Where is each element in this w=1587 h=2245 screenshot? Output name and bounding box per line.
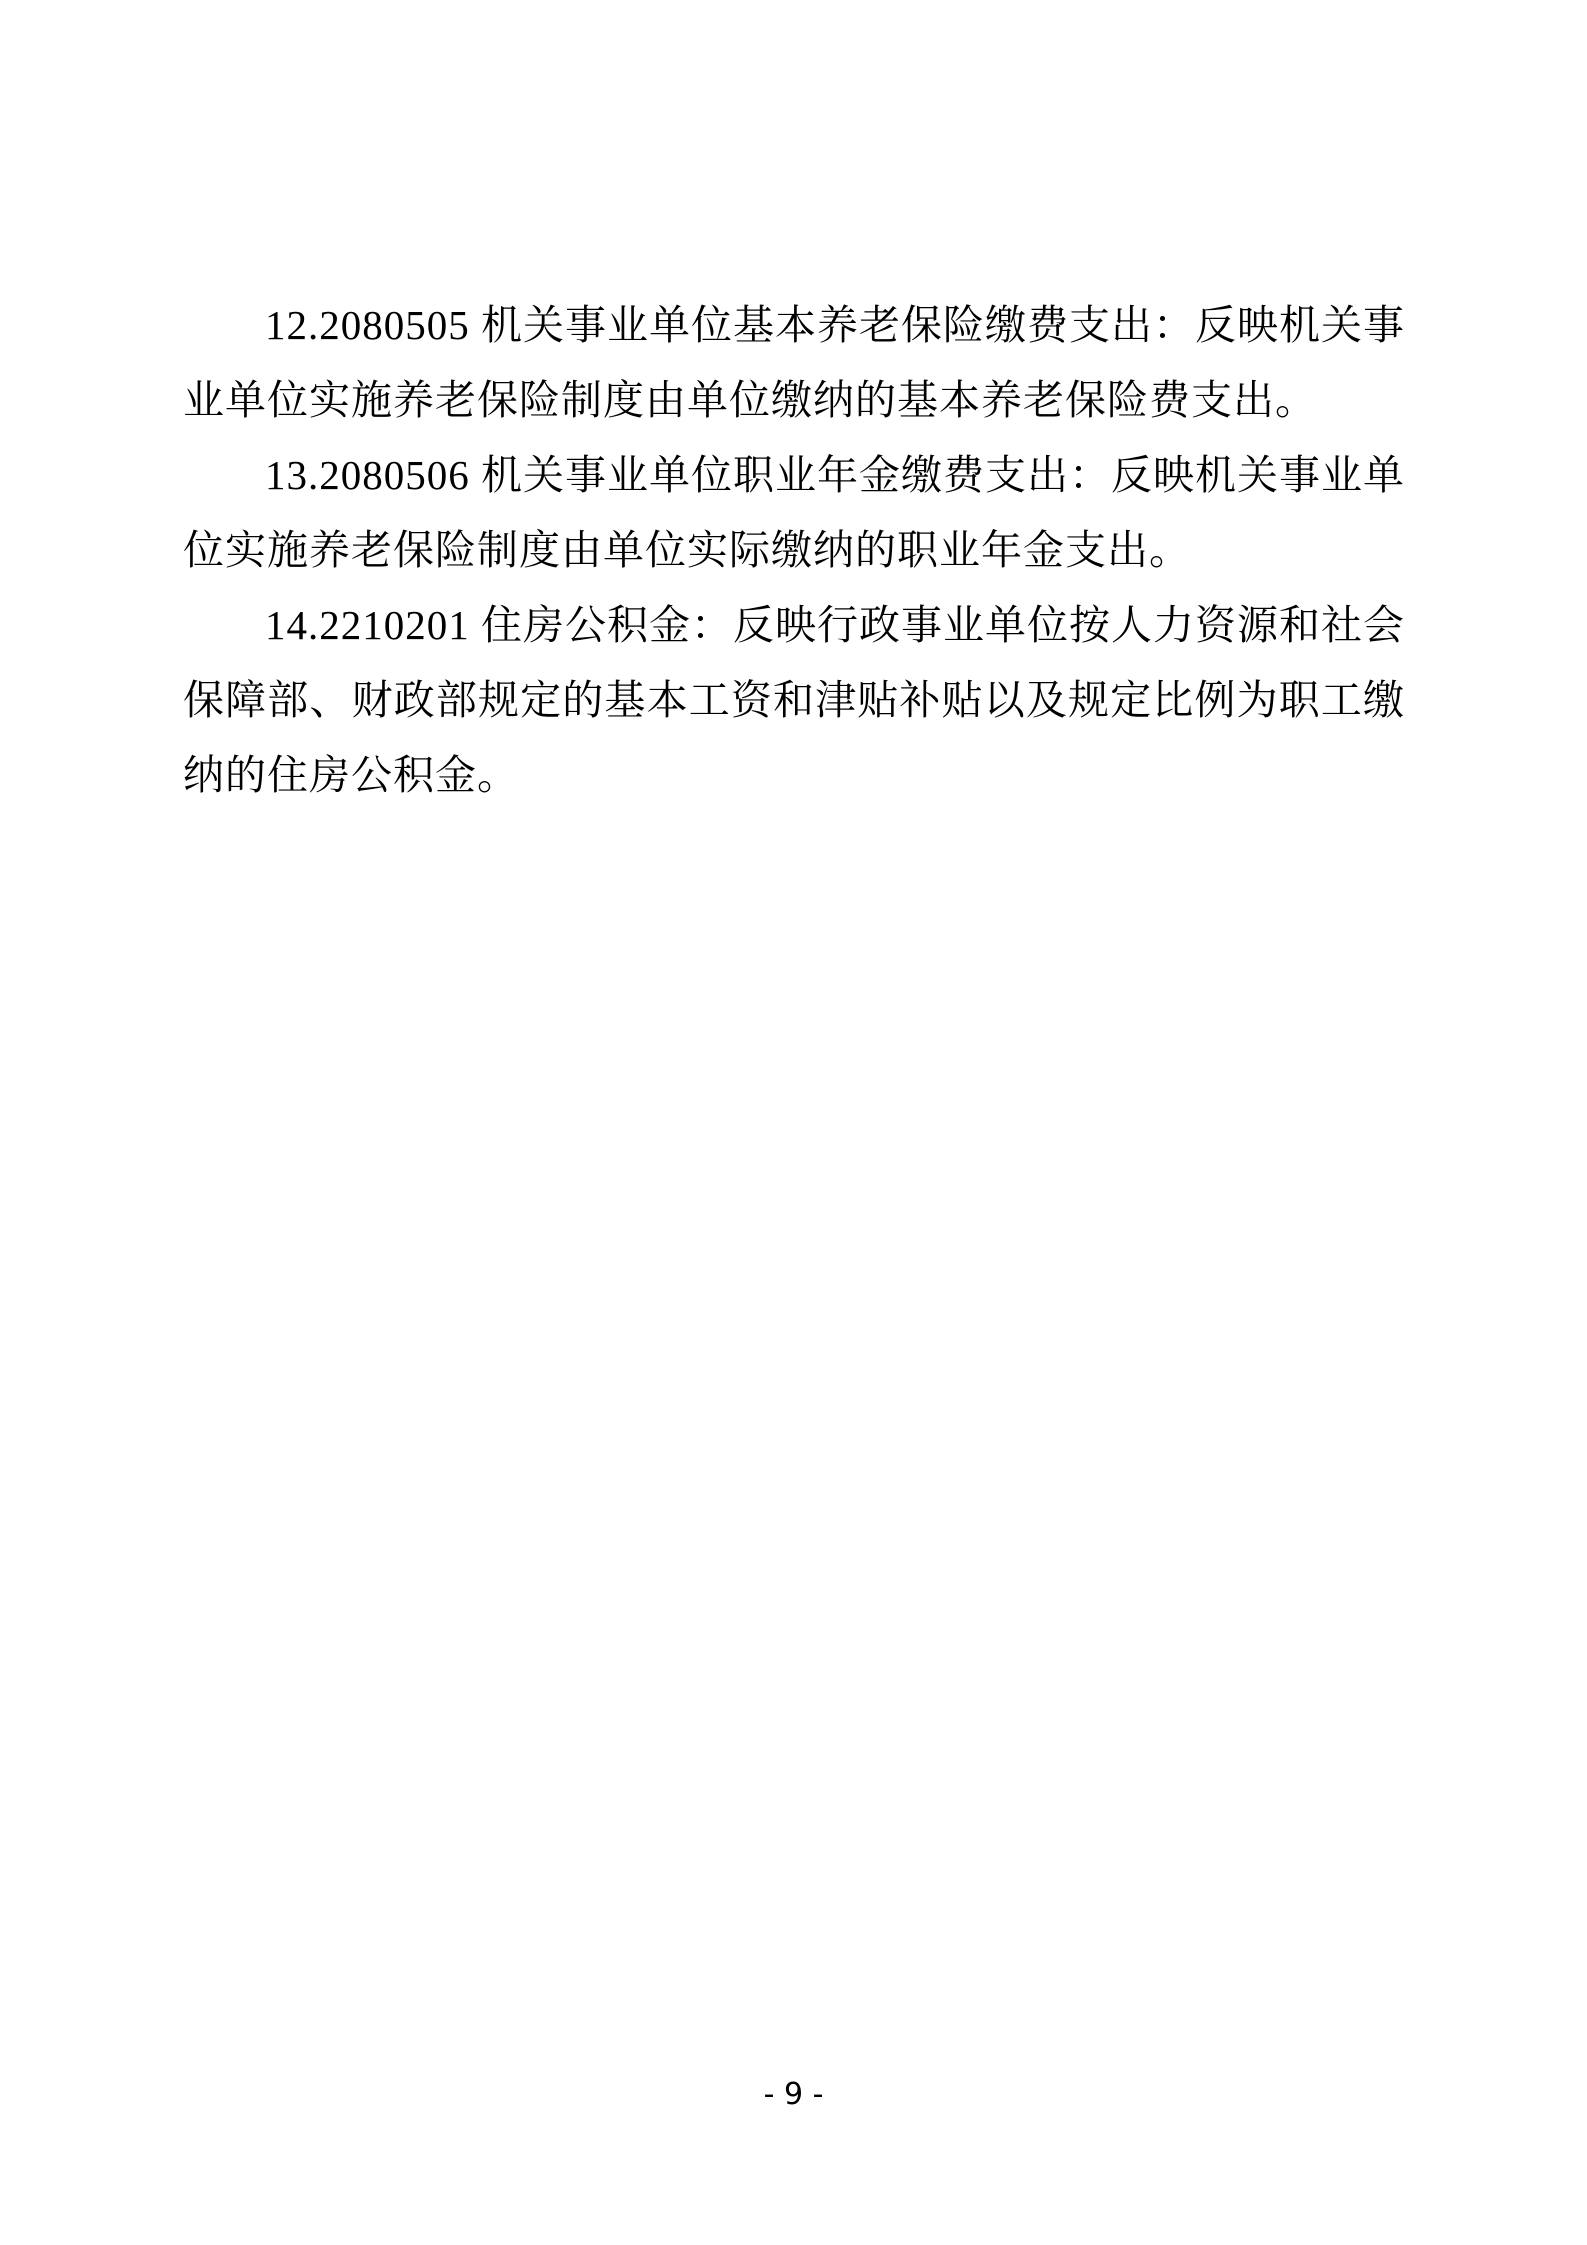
document-body: 12.2080505 机关事业单位基本养老保险缴费支出：反映机关事业单位实施养老… xyxy=(183,288,1405,813)
paragraph-item-13: 13.2080506 机关事业单位职业年金缴费支出：反映机关事业单位实施养老保险… xyxy=(183,438,1405,588)
page-number: - 9 - xyxy=(764,2077,824,2112)
paragraph-item-14: 14.2210201 住房公积金：反映行政事业单位按人力资源和社会保障部、财政部… xyxy=(183,588,1405,813)
page-footer: - 9 - xyxy=(0,2075,1587,2115)
paragraph-item-12: 12.2080505 机关事业单位基本养老保险缴费支出：反映机关事业单位实施养老… xyxy=(183,288,1405,438)
document-page: 12.2080505 机关事业单位基本养老保险缴费支出：反映机关事业单位实施养老… xyxy=(0,0,1587,2245)
